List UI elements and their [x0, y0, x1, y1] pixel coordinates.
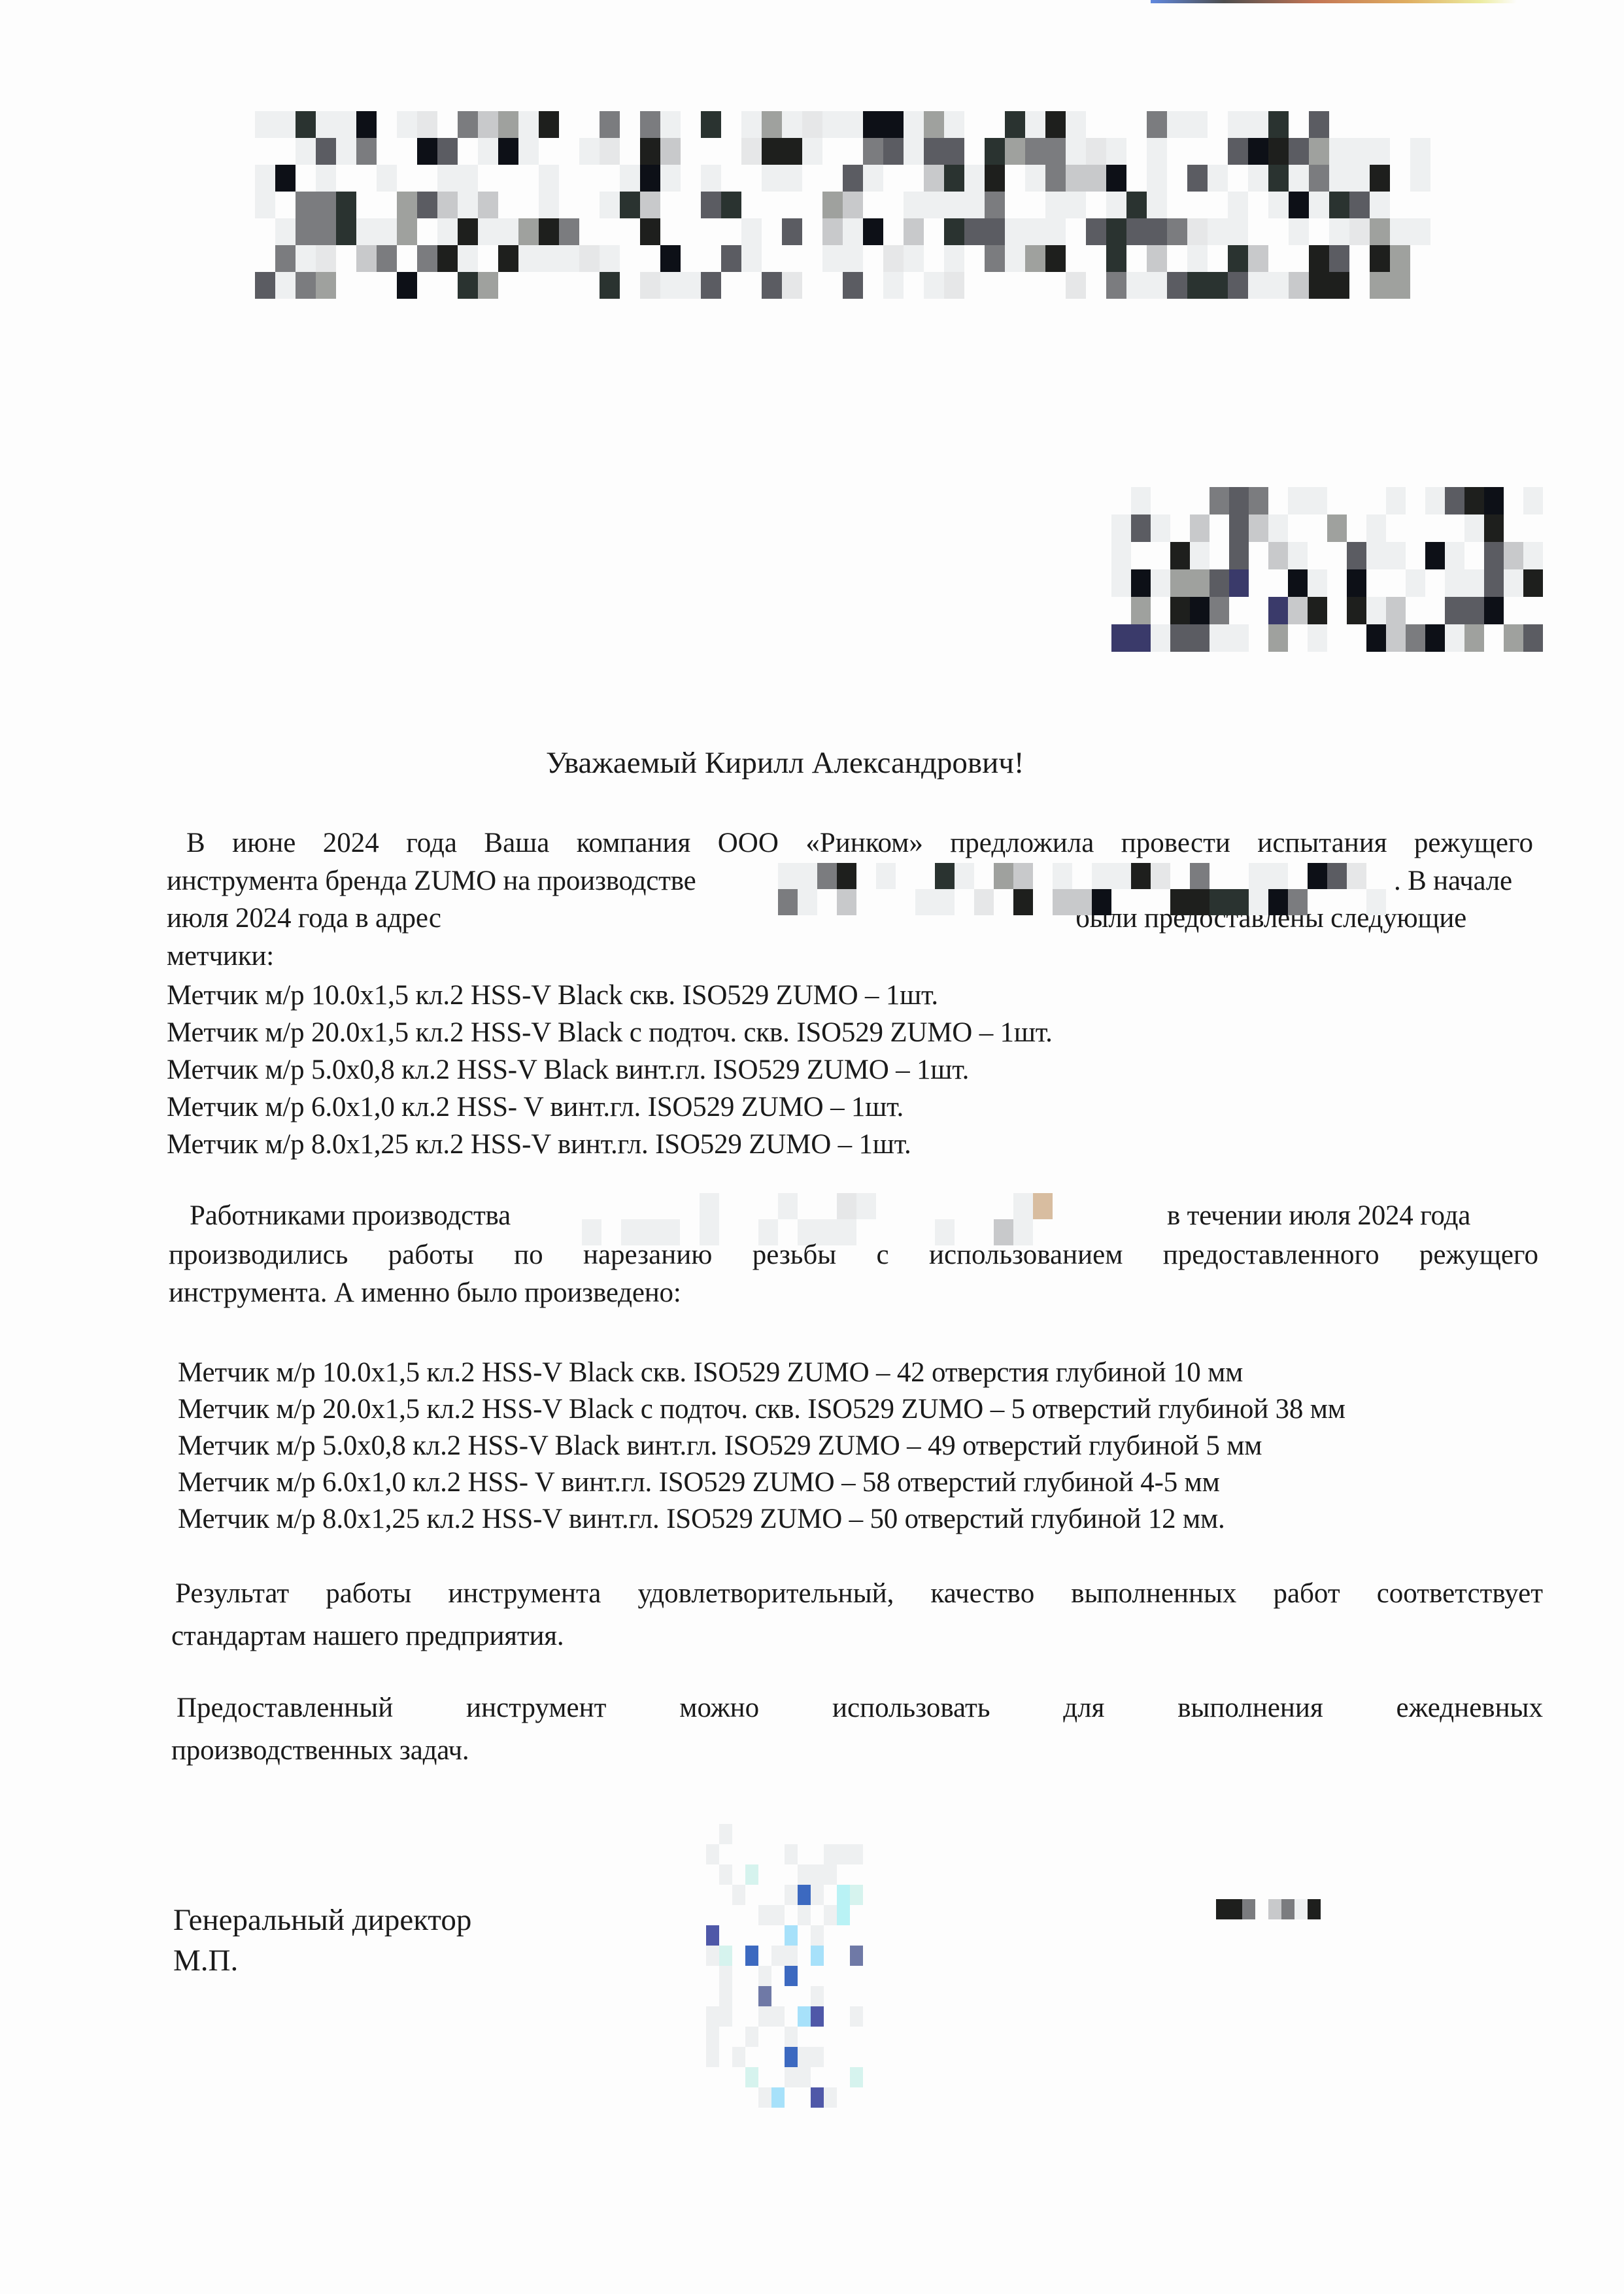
supplied-tap-item: Метчик м/р 20.0x1,5 кл.2 HSS-V Black с п… — [167, 1015, 1053, 1051]
supplied-tap-item: Метчик м/р 6.0x1,0 кл.2 HSS- V винт.гл. … — [167, 1089, 904, 1126]
supplied-tap-item: Метчик м/р 8.0x1,25 кл.2 HSS-V винт.гл. … — [167, 1126, 911, 1163]
paragraph-4-line-1: Предоставленный инструмент можно использ… — [177, 1690, 1543, 1727]
work-done-item: Метчик м/р 10.0x1,5 кл.2 HSS-V Black скв… — [178, 1355, 1243, 1391]
work-done-item: Метчик м/р 6.0x1,0 кл.2 HSS- V винт.гл. … — [178, 1464, 1220, 1501]
work-done-item: Метчик м/р 20.0x1,5 кл.2 HSS-V Black с п… — [178, 1391, 1345, 1428]
paragraph-2-line-1-end: в течении июля 2024 года — [1167, 1198, 1470, 1234]
scan-artifact — [1151, 0, 1517, 3]
work-done-item: Метчик м/р 8.0x1,25 кл.2 HSS-V винт.гл. … — [178, 1501, 1225, 1538]
paragraph-1-line-3-start: июля 2024 года в адрес — [167, 900, 441, 937]
paragraph-1-line-2-end: . В начале — [1394, 863, 1512, 900]
supplied-tap-item: Метчик м/р 10.0x1,5 кл.2 HSS-V Black скв… — [167, 977, 938, 1014]
signatory-position: Генеральный директор — [173, 1902, 471, 1938]
work-done-item: Метчик м/р 5.0x0,8 кл.2 HSS-V Black винт… — [178, 1428, 1262, 1464]
letter-page: Уважаемый Кирилл Александрович! В июне 2… — [0, 0, 1624, 2294]
paragraph-2-line-1-start: Работниками производства — [190, 1198, 511, 1234]
paragraph-3-line-1: Результат работы инструмента удовлетвори… — [175, 1576, 1543, 1612]
paragraph-2-line-3: инструмента. А именно было произведено: — [169, 1275, 681, 1311]
greeting: Уважаемый Кирилл Александрович! — [546, 745, 1024, 781]
paragraph-2-line-2: производились работы по нарезанию резьбы… — [169, 1237, 1538, 1274]
paragraph-1-line-2-start: инструмента бренда ZUMO на производстве — [167, 863, 696, 900]
supplied-tap-item: Метчик м/р 5.0x0,8 кл.2 HSS-V Black винт… — [167, 1052, 969, 1088]
paragraph-3-line-2: стандартам нашего предприятия. — [171, 1618, 564, 1655]
paragraph-1-line-4: метчики: — [167, 938, 274, 975]
stamp-label: М.П. — [173, 1943, 238, 1978]
paragraph-1-line-1: В июне 2024 года Ваша компания ООО «Ринк… — [167, 825, 1533, 862]
paragraph-4-line-2: производственных задач. — [171, 1732, 469, 1769]
